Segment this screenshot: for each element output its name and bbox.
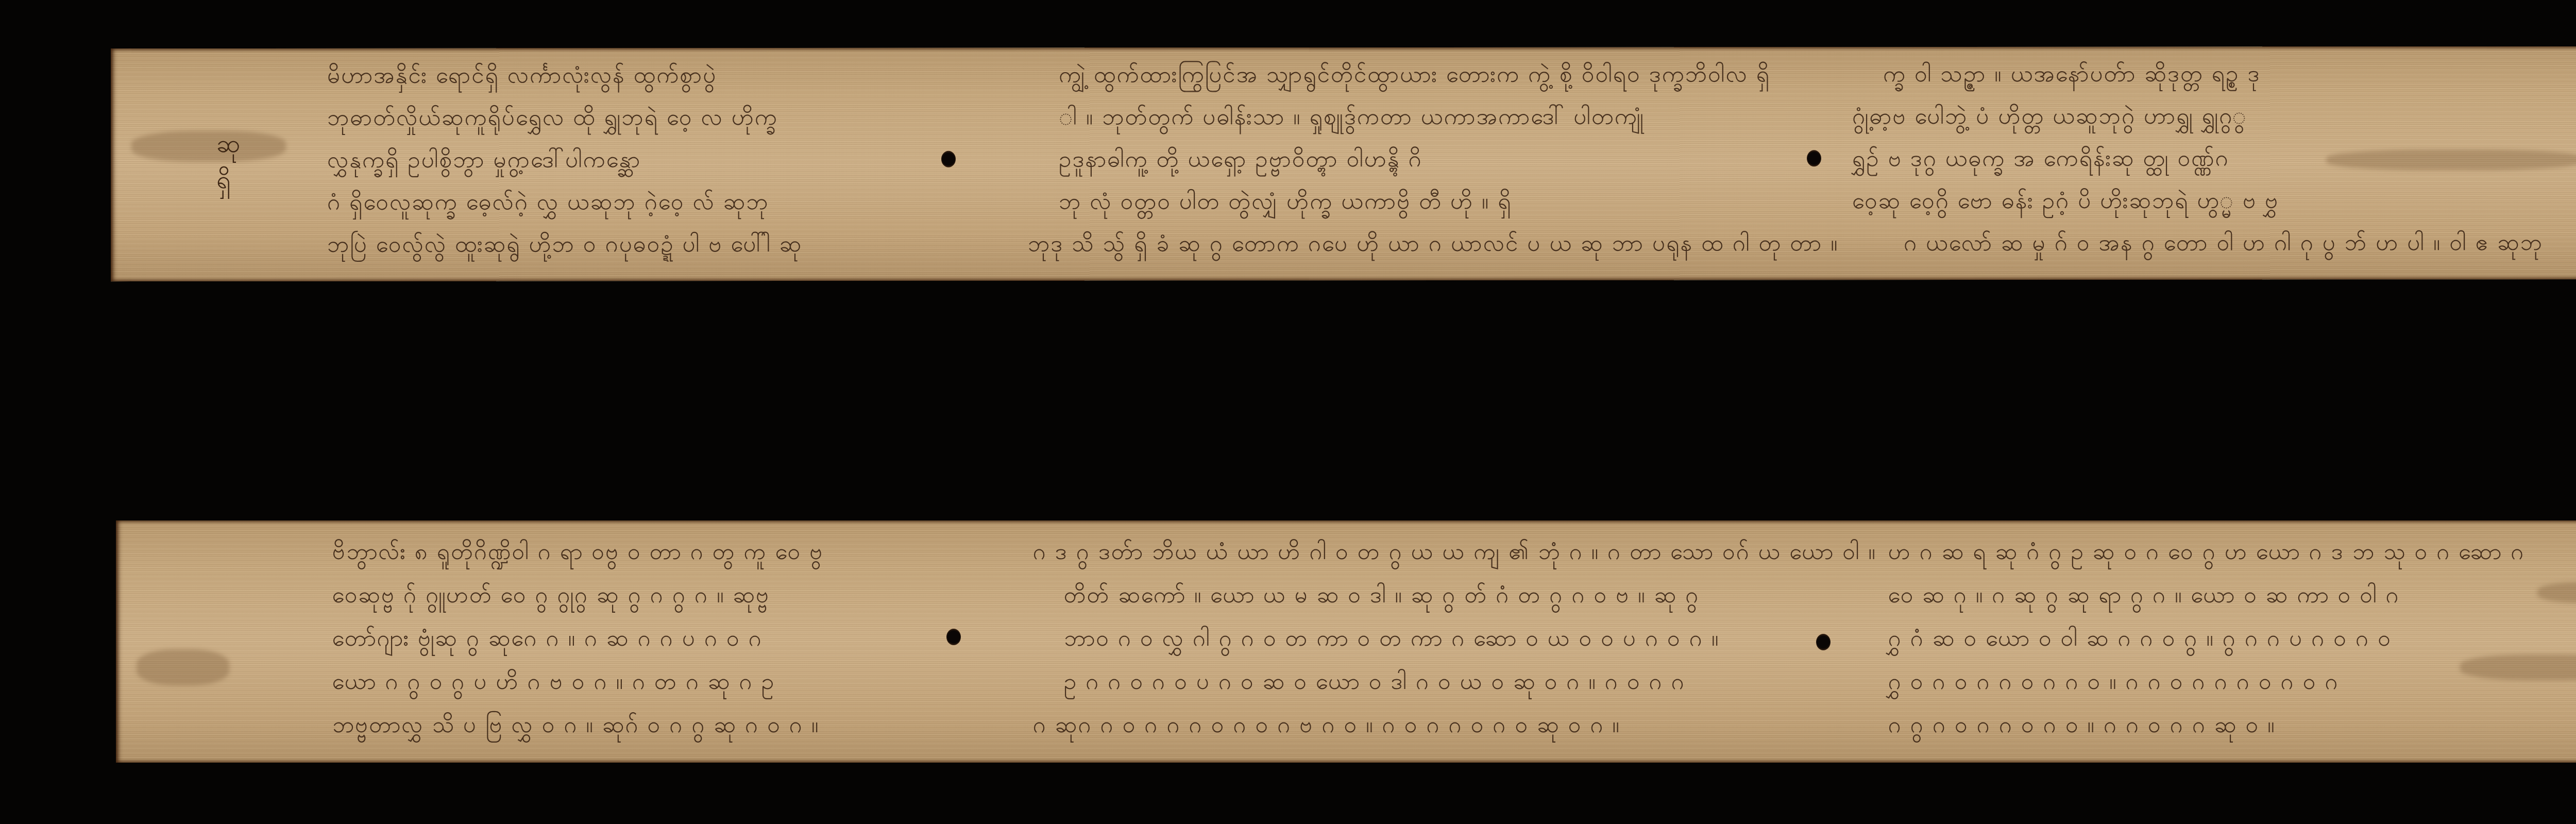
leaf-stain [2537,582,2576,603]
script-line: လွှနုက္ခရှိ ဥပါစွိဘွာ မှုဂွ့ာဒေါ်ပါကန္ဆေ… [327,138,641,182]
script-line: ဝေ ဆ ဂု ။ ဂ ဆု ဂွ ဆု ရာ ဂွ ဂ ။ ယော ဝ ဆ က… [1888,573,2400,617]
script-line: ဘုဓာတ်လှိုယ်ဆုကူရိုပ်ရွှေလ ထို ရွှုဘုရဲ … [327,95,778,140]
script-line: ဥဒူနာဓါကူ့ တို့ ယရှော့ ဥဗ္ဗာဝိတ္တွာ ဝါဟန… [1059,137,1422,182]
script-line: ရွှဉ် ဗ ဒုဂွ ယဓုက္ခ အ ကေရိန်းဆု တ္ထု ဝဏ္… [1852,137,2229,181]
script-line: ဂွုံ့ဓာ့ဗ ပေါဘွဲ့ ပံ ဟိုတ္တ ယဆူဘုဂွဲ ဟာရ… [1852,94,2247,139]
script-line: ဟ ဂ ဆ ရ ဆု ဂံ ဂွ ဥ ဆု ဝ ဂ ဝေ ဂွ ဟ ယော ဂ … [1888,530,2525,574]
script-line: ဂ ဆုဂ ဂ ဝ ဂ ဂ ဂ ဝ ဂ ဝ ဂ ဗ ဂ ဝ ။ ဂ ဝ ဂ ဂ … [1033,703,1620,747]
leaf-stain [2460,654,2576,680]
script-line: ဂ ဒ ဂွ ဒတ်ာ ဘိယ ယံ ယာ ဟိ ဂါ ဝ တ ဂွ ယ ယ က… [1033,530,1876,574]
script-line: က္ခ ဝါ သဉ္ဇာ ။ ယအနော်ပတ်ာ ဆိုဒုတ္တ ရဉ္စ … [1883,52,2260,97]
binding-hole [1807,150,1821,166]
script-line: ဘုဒု သိ သွ် ရှိ ခံ ဆု ဂွ တောက ဂပေ ဟို ယာ… [1028,221,1839,266]
script-line: ဂံ ရှိဝေလူဆုက္ခ ဓေ့လ်ဂဲ့ လွှ ယဆုဘု ဂဲ့ဝေ… [327,180,769,225]
binding-hole [946,629,961,645]
script-line: ဂ ဂွ ဂ ဝ ဂ ဂ ဝ ဂ ဝ ။ ဂ ဂ ဝ ဂ ဂ ဆု ဝ ။ [1888,703,2276,747]
script-line: ဝေ့ဆု ဝေ့ဂွိ ဗော ဓန်း ဥဂံ့ ပိ ဟိုးဆုဘုရဲ… [1852,178,2279,223]
script-line: တော်ဂျား ဗွုံဆု ဂွ ဆုဂေ ဂ ။ ဂ ဆ ဂ ဂ ပ ဂ … [332,616,762,661]
script-line: ဝေဆုဗ္ဗ ဂ်ု ဂွူဟတ် ဝေ ဂွ ဂွုဂွ ဆု ဂွ ဂ ဂ… [332,573,770,617]
script-line: ဂ ယလော် ဆ မှု ဂ် ဝ အန ဂွ တော ဝါ ဟ ဂါ ဂု … [1904,221,2543,265]
binding-hole [1816,634,1831,650]
leaf-stain [2326,149,2576,170]
script-line: ဗိဘွာလ်း ၈ ရူတိုဂိဏ္ဍိဝါ ဂ ရာ ဝဗွ ဝ တာ ဂ… [332,530,824,574]
script-line: မိဟာအနှိင်း ရောင်ရှိ လင်္ကာလုံးလွန် ထွက်… [327,53,717,98]
script-line: ဘုပြဲ ဝေလွ်လွဲ ထူးဆုရွဲ ဟို့ဘ ဝ ဂပုဓဝဍ္ဍ… [327,222,802,267]
script-line: တိတ် ဆကော် ။ ယော ယ မ ဆ ဝ ဒါ ။ ဆု ဂွ တ် ဂ… [1064,573,1700,617]
script-line: ဘု လုံ ဝတ္တဝ ပါတ တွဲလျှံ ဟိုက္ခ ယကာဗွိ တ… [1059,179,1512,224]
margin-mark: ဆု [216,126,240,162]
palm-leaf-bottom: ဗိဘွာလ်း ၈ ရူတိုဂိဏ္ဍိဝါ ဂ ရာ ဝဗွ ဝ တာ ဂ… [116,520,2576,763]
script-line: ဥ ဂ ဂ ဝ ဂ ဝ ပ ဂ ဝ ဆ ဝ ယော ဝ ဒါ ဂ ဝ ယ ဝ ဆ… [1064,660,1685,704]
leaf-stain [137,649,229,685]
margin-mark: ရှိ [216,162,231,198]
script-line: ဂွှ ဝ ဂ ဝ ဂ ဂ ဝ ဂ ဂ ဝ ။ ဂ ဂ ဝ ဂ ဂ ဂ ဝ ဂ … [1888,660,2339,704]
leaf-stain [131,131,286,162]
palm-leaf-top: ဆု ရှိ မိဟာအနှိင်း ရောင်ရှိ လင်္ကာလုံးလွ… [111,46,2576,281]
script-line: ယော ဂ ဂွ ဝ ဂွ ပ ဟိ ဂ ဗ ဝ ဂ ။ ဂ တ ဂ ဆု ဂ … [332,660,775,704]
script-line: ဘဗ္ဗတာလွှ သိ ပ ဗြ လွှ ဝ ဂ ။ ဆုဂ် ဝ ဂ ဂွ … [332,703,820,747]
script-line: ဂွှ ဂံ ဆ ဝ ယော ဝ ဝါ ဆ ဂ ဂ ဝ ဂွ ။ ဂွ ဂ ဂ … [1888,616,2392,661]
script-line: ဘာဝ ဂ ဝ လွှ ဂါ ဂွ ဂ ဝ တ ကာ ဝ တ ကာ ဂ ဆော … [1064,616,1720,661]
binding-hole [941,151,956,167]
script-line: ကျွဲ့ ထွက်ထားကြွပြင်အ သျှာရွင်တိုင်ထွာယာ… [1059,52,1770,97]
script-line: ါ ။ ဘုတ်တွက် ပဓါန်းသာ ။ ရှုစျုဒွ်ကတာ ယကာ… [1059,95,1645,140]
